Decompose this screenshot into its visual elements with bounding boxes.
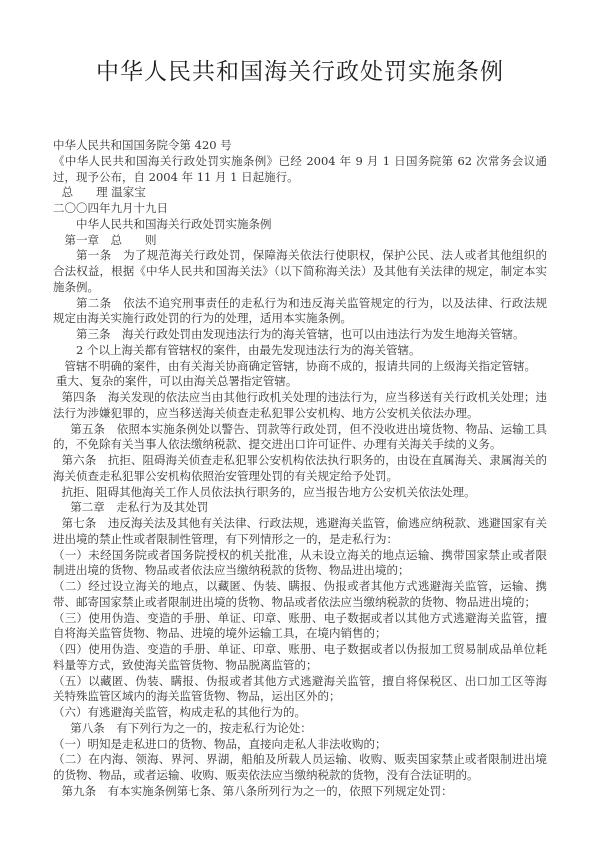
paragraph: （二）经过设立海关的地点，以藏匿、伪装、瞒报、伪报或者其他方式逃避海关监管，运输… [53,579,547,611]
paragraph: 二〇〇四年九月十九日 [53,201,547,217]
paragraph: 第四条 海关发现的依法应当由其他行政机关处理的违法行为，应当移送有关行政机关处理… [53,390,547,422]
paragraph: 《中华人民共和国海关行政处罚实施条例》已经 2004 年 9 月 1 日国务院第… [53,154,547,186]
paragraph: 中华人民共和国国务院令第 420 号 [53,138,547,154]
paragraph: 重大、复杂的案件，可以由海关总署指定管辖。 [53,374,547,390]
paragraph: 第三条 海关行政处罚由发现违法行为的海关管辖，也可以由违法行为发生地海关管辖。 [53,327,547,343]
paragraph: 第一章 总 则 [53,233,547,249]
paragraph: 第一条 为了规范海关行政处罚，保障海关依法行使职权，保护公民、法人或者其他组织的… [53,248,547,295]
paragraph: 第七条 违反海关法及其他有关法律、行政法规，逃避海关监管，偷逃应纳税款、逃避国家… [53,516,547,548]
paragraph: （五）以藏匿、伪装、瞒报、伪报或者其他方式逃避海关监管，擅自将保税区、出口加工区… [53,674,547,706]
document-title: 中华人民共和国海关行政处罚实施条例 [0,0,600,87]
paragraph: 第六条 抗拒、阻碍海关侦查走私犯罪公安机构依法执行职务的，由设在直属海关、隶属海… [53,453,547,485]
document-body: 中华人民共和国国务院令第 420 号《中华人民共和国海关行政处罚实施条例》已经 … [53,138,547,800]
paragraph: 管辖不明确的案件，由有关海关协商确定管辖，协商不成的，报请共同的上级海关指定管辖… [53,359,547,375]
paragraph: （六）有逃避海关监管，构成走私的其他行为的。 [53,705,547,721]
paragraph: （二）在内海、领海、界河、界湖，船舶及所载人员运输、收购、贩卖国家禁止或者限制进… [53,752,547,784]
paragraph: （四）使用伪造、变造的手册、单证、印章、账册、电子数据或者以伪报加工贸易制成品单… [53,642,547,674]
paragraph: 第九条 有本实施条例第七条、第八条所列行为之一的，依照下列规定处罚： [53,784,547,800]
paragraph: 总 理 温家宝 [53,185,547,201]
paragraph: 第八条 有下列行为之一的，按走私行为论处： [53,721,547,737]
paragraph: （三）使用伪造、变造的手册、单证、印章、账册、电子数据或者以其他方式逃避海关监管… [53,611,547,643]
paragraph: 第二条 依法不追究刑事责任的走私行为和违反海关监管规定的行为，以及法律、行政法规… [53,296,547,328]
paragraph: 中华人民共和国海关行政处罚实施条例 [53,217,547,233]
paragraph: （一）明知是走私进口的货物、物品，直接向走私人非法收购的； [53,737,547,753]
paragraph: 第二章 走私行为及其处罚 [53,500,547,516]
paragraph: 2 个以上海关都有管辖权的案件，由最先发现违法行为的海关管辖。 [53,343,547,359]
paragraph: 抗拒、阻碍其他海关工作人员依法执行职务的，应当报告地方公安机关依法处理。 [53,485,547,501]
paragraph: （一）未经国务院或者国务院授权的机关批准，从未设立海关的地点运输、携带国家禁止或… [53,548,547,580]
document-page: 中华人民共和国海关行政处罚实施条例 中华人民共和国国务院令第 420 号《中华人… [0,0,600,850]
paragraph: 第五条 依照本实施条例处以警告、罚款等行政处罚，但不没收进出境货物、物品、运输工… [53,422,547,454]
